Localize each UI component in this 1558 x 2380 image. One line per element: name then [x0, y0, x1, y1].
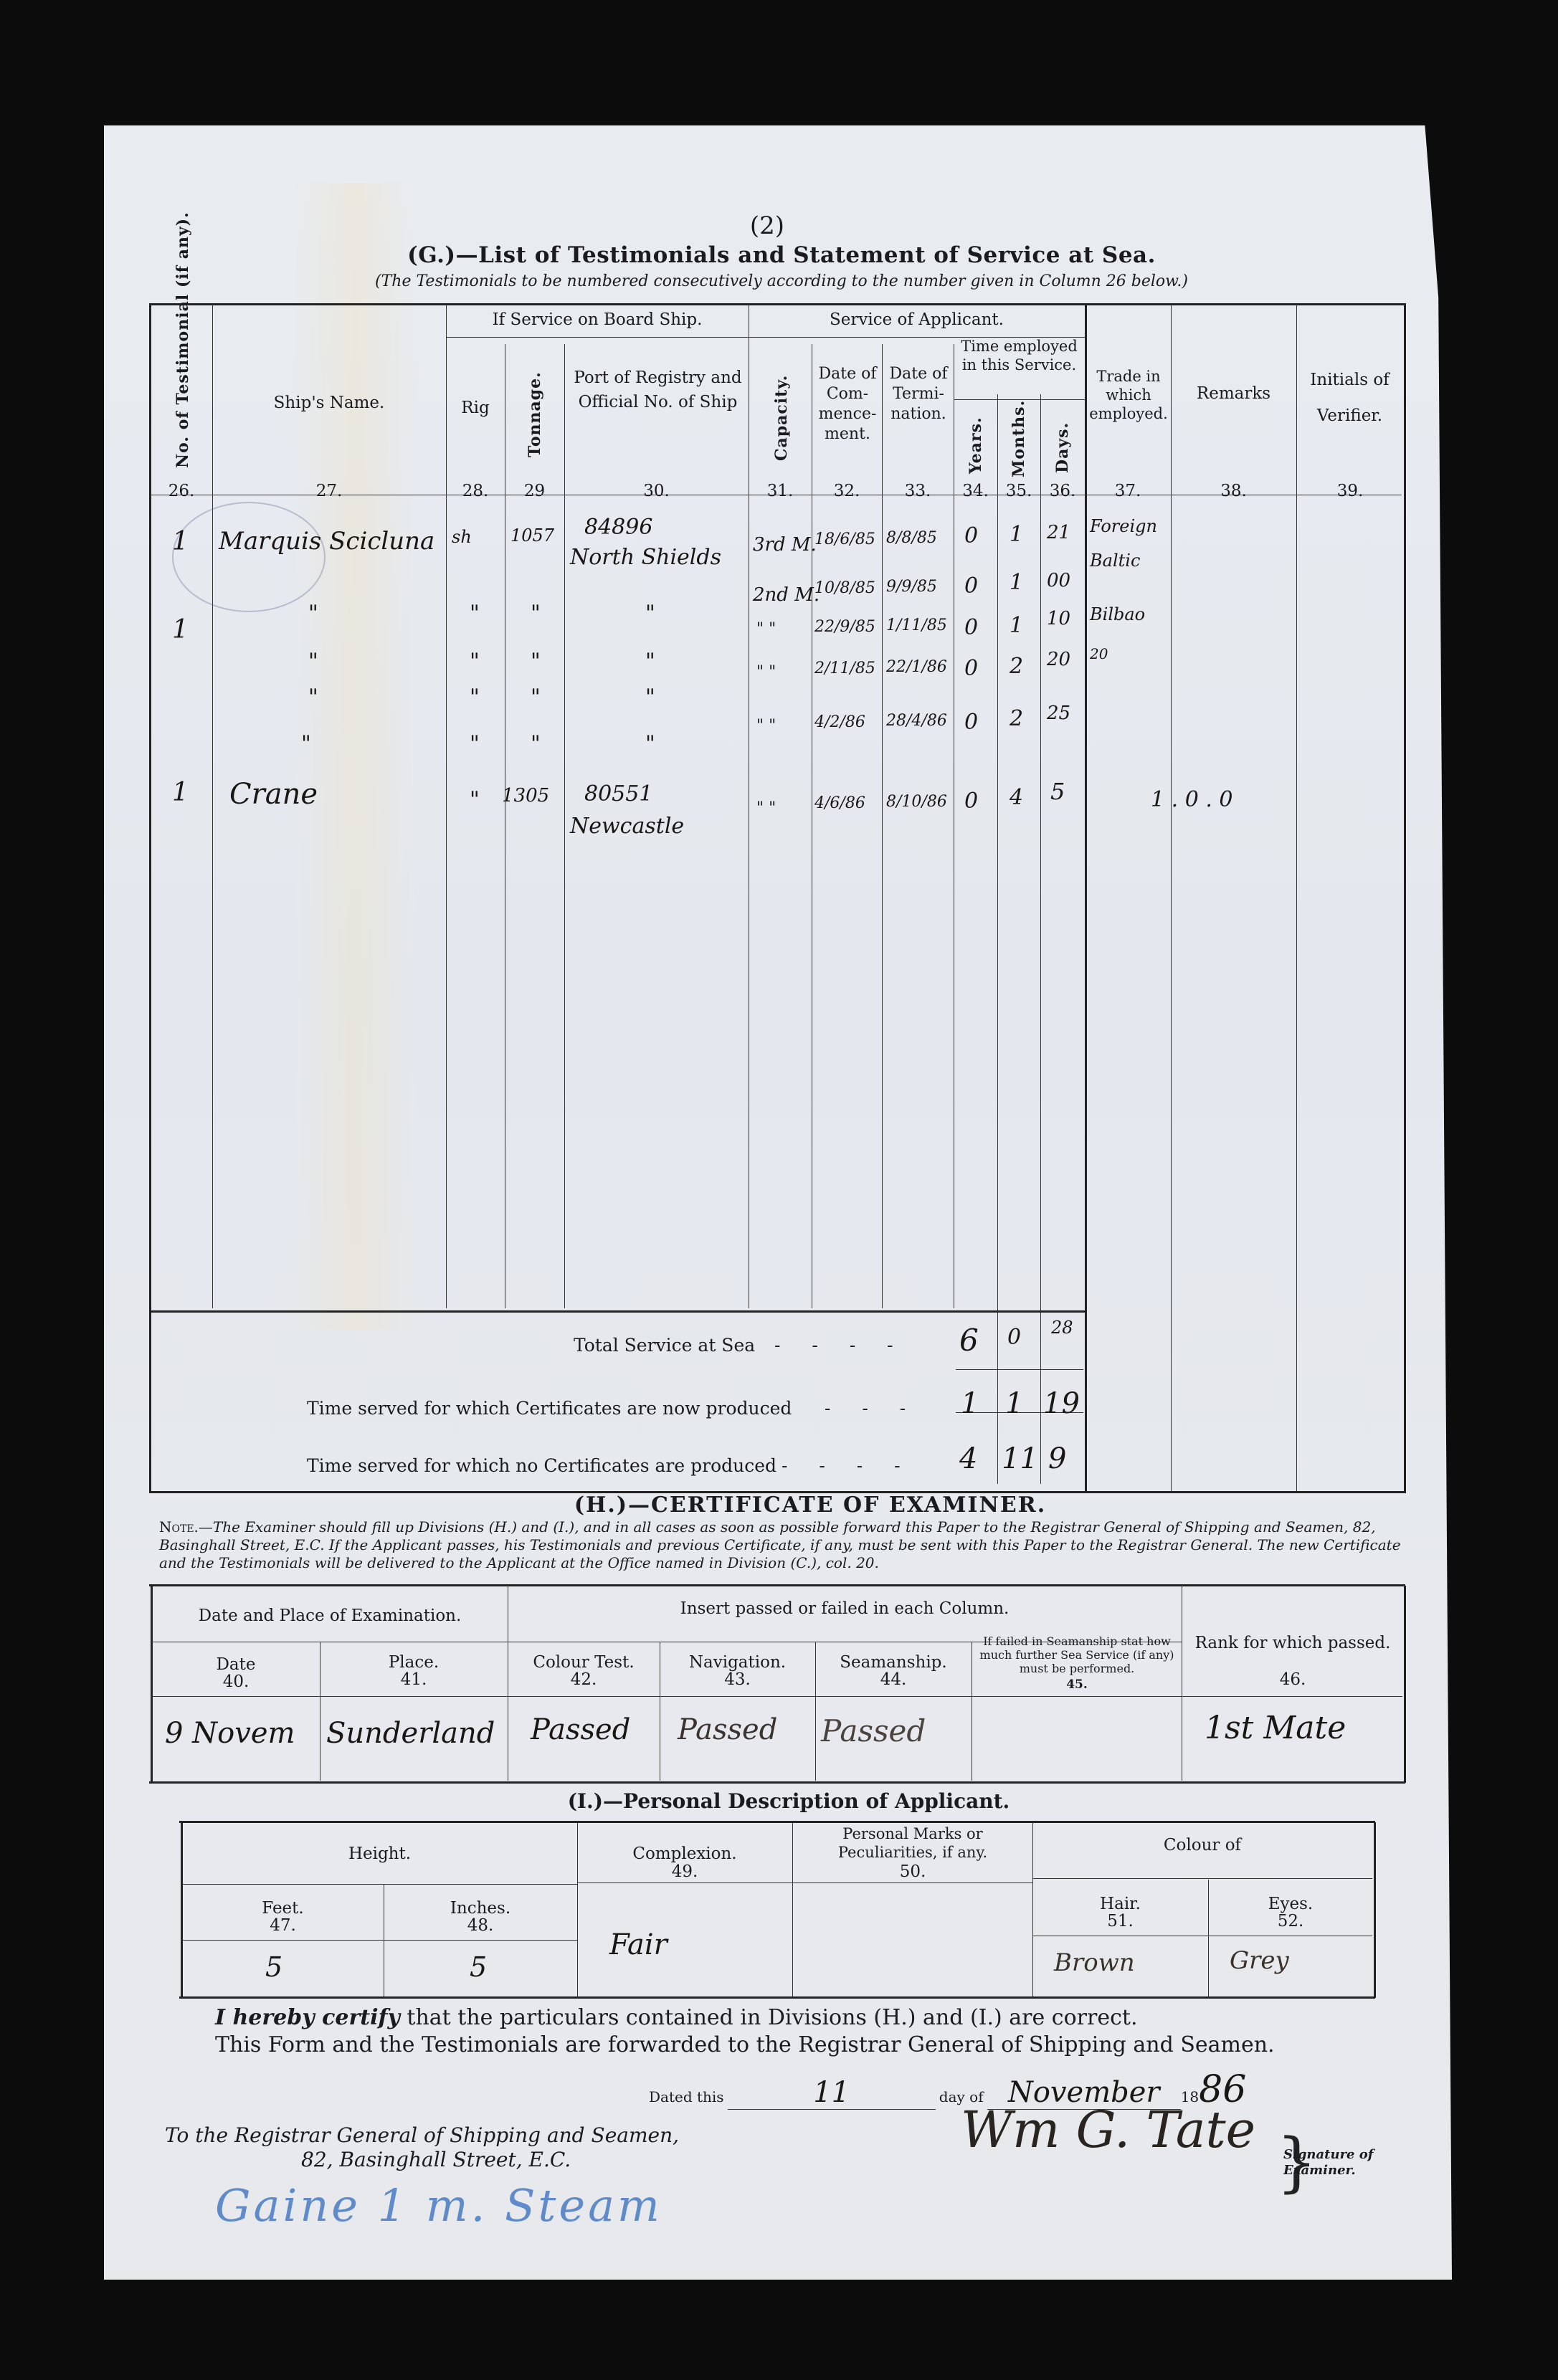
col-header-months: Months. [1010, 409, 1028, 477]
row-port: North Shields [570, 545, 721, 570]
row-months: 1 [1010, 522, 1023, 547]
row-official-no: 80551 [584, 781, 652, 806]
col-num-26: 26. [151, 482, 212, 500]
row-days: 21 [1047, 522, 1070, 543]
col-num-32: 32. [812, 482, 882, 500]
seamanship-num: 44. [815, 1670, 972, 1689]
row-trade: Bilbao [1090, 604, 1145, 624]
total-months: 0 [1007, 1325, 1021, 1350]
row-start: 4/6/86 [814, 794, 865, 812]
row-ship-name: " [301, 731, 311, 756]
colour-test-num: 42. [508, 1670, 660, 1689]
row-end: 9/9/85 [886, 578, 937, 596]
row-rig: " [470, 787, 480, 812]
col-num-30: 30. [564, 482, 749, 500]
row-years: 0 [964, 710, 978, 735]
navigation-header: Navigation. [660, 1652, 815, 1672]
row-trade: 20 [1090, 645, 1108, 662]
row-port: " [645, 731, 655, 756]
row-capacity: " " [756, 799, 776, 817]
col-num-38: 38. [1171, 482, 1296, 500]
row-capacity: 3rd M. [753, 534, 817, 556]
certified-days: 19 [1043, 1387, 1080, 1420]
hair-value: Brown [1054, 1948, 1135, 1977]
inches-header: Inches. [384, 1898, 577, 1918]
section-g-title: (G.)—List of Testimonials and Statement … [358, 242, 1205, 268]
row-tonnage: " [531, 685, 541, 710]
exam-place-num: 41. [320, 1670, 508, 1689]
dated-label: Dated this [649, 2088, 724, 2105]
further-service-header: If failed in Seamanship stat how much fu… [973, 1634, 1181, 1675]
colour-test-header: Colour Test. [508, 1652, 660, 1672]
complexion-num: 49. [577, 1862, 792, 1881]
registrar-line1: To the Registrar General of Shipping and… [165, 2123, 810, 2148]
uncertified-time-label: Time served for which no Certificates ar… [307, 1455, 776, 1476]
certified-time-label: Time served for which Certificates are n… [307, 1398, 792, 1419]
col-header-tonnage: Tonnage. [526, 371, 544, 457]
group-header-time: Time employed in this Service. [954, 337, 1085, 374]
height-group-header: Height. [182, 1844, 577, 1864]
row-years: 0 [964, 523, 978, 548]
col-num-33: 33. [882, 482, 954, 500]
row-capacity: " " [756, 663, 776, 681]
row-start: 4/2/86 [814, 713, 865, 731]
eyes-value: Grey [1230, 1946, 1289, 1975]
row-rig: sh [452, 527, 472, 547]
certified-months: 1 [1005, 1387, 1023, 1420]
inches-value: 5 [470, 1951, 487, 1983]
registrar-line2: 82, Basinghall Street, E.C. [165, 2148, 810, 2172]
row-months: 1 [1010, 570, 1023, 595]
seamanship-value: Passed [821, 1713, 926, 1748]
marks-num: 50. [794, 1862, 1031, 1881]
col-num-34: 34. [954, 482, 997, 500]
total-service-label: Total Service at Sea [574, 1335, 755, 1356]
rank-header: Rank for which passed. [1183, 1633, 1402, 1653]
row-days: 25 [1047, 703, 1070, 724]
examiner-signature: Wm G. Tate [961, 2100, 1255, 2159]
row-tonnage: " [531, 649, 541, 674]
uncertified-years: 4 [959, 1442, 977, 1475]
col-header-end: Date of Termi-nation. [883, 364, 954, 424]
row-capacity: 2nd M. [753, 584, 820, 606]
row-months: 2 [1010, 706, 1023, 731]
examiner-note: Note.—The Examiner should fill up Divisi… [159, 1518, 1407, 1572]
row-years: 0 [964, 789, 978, 814]
row-years: 0 [964, 573, 978, 599]
col-num-36: 36. [1040, 482, 1085, 500]
row-port: Newcastle [570, 814, 684, 839]
row-rig: " [470, 731, 480, 756]
certified-years: 1 [961, 1387, 979, 1420]
row-start: 10/8/85 [814, 579, 875, 597]
row-tonnage: " [531, 731, 541, 756]
row-end: 22/1/86 [886, 658, 947, 676]
feet-value: 5 [265, 1951, 282, 1983]
row-port: " [645, 601, 655, 626]
col-header-remarks: Remarks [1171, 384, 1296, 404]
eyes-num: 52. [1208, 1912, 1373, 1931]
row-remarks: 1 . 0 . 0 [1151, 787, 1232, 812]
row-start: 22/9/85 [814, 618, 875, 636]
row-end: 28/4/86 [886, 712, 947, 730]
col-header-port: Port of Registry and Official No. of Shi… [574, 366, 742, 414]
row-end: 8/8/85 [886, 529, 937, 547]
total-years: 6 [959, 1323, 979, 1358]
exam-place-header: Place. [320, 1652, 508, 1672]
row-days: 10 [1047, 608, 1070, 629]
col-num-28: 28. [446, 482, 505, 500]
row-ship-name: " [308, 649, 318, 674]
signature-label: Signature of Examiner. [1283, 2147, 1384, 2179]
uncertified-days: 9 [1048, 1442, 1066, 1475]
complexion-header: Complexion. [577, 1844, 792, 1864]
row-days: 5 [1050, 778, 1065, 805]
rank-num: 46. [1183, 1670, 1402, 1689]
row-testimonial: 1 [172, 778, 189, 807]
row-days: 20 [1047, 649, 1070, 670]
group-header-applicant: Service of Applicant. [749, 310, 1085, 330]
hair-num: 51. [1032, 1912, 1208, 1931]
col-header-rig: Rig [446, 398, 505, 418]
navigation-num: 43. [660, 1670, 815, 1689]
section-i-title: (I.)—Personal Description of Applicant. [531, 1789, 1047, 1813]
navigation-value: Passed [678, 1713, 777, 1746]
row-official-no: 84896 [584, 515, 652, 540]
insert-passed-group-header: Insert passed or failed in each Column. [508, 1599, 1182, 1619]
section-g-subtitle: (The Testimonials to be numbered consecu… [301, 272, 1262, 290]
note-label: Note. [159, 1518, 199, 1536]
col-header-verifier: Initials of Verifier. [1298, 362, 1402, 434]
row-end: 1/11/85 [886, 617, 947, 634]
exam-place-value: Sunderland [326, 1717, 495, 1750]
row-start: 18/6/85 [814, 530, 875, 548]
colour-test-value: Passed [531, 1713, 630, 1746]
row-years: 0 [964, 615, 978, 640]
col-header-testimonial: No. of Testimonial (if any). [174, 325, 192, 468]
row-tonnage: 1305 [502, 785, 549, 806]
section-h-title: (H.)—CERTIFICATE OF EXAMINER. [502, 1493, 1118, 1518]
row-trade: Foreign [1090, 516, 1157, 536]
col-num-35: 35. [997, 482, 1040, 500]
row-days: 00 [1047, 570, 1070, 591]
col-header-years: Years. [966, 412, 985, 474]
row-ship-name: " [308, 685, 318, 710]
row-capacity: " " [756, 717, 776, 735]
row-months: 2 [1010, 654, 1023, 679]
col-header-trade: Trade in which employed. [1086, 367, 1171, 423]
certify-line2: This Form and the Testimonials are forwa… [215, 2032, 1377, 2059]
rank-value: 1st Mate [1205, 1710, 1346, 1746]
total-days: 28 [1051, 1318, 1073, 1338]
row-capacity: " " [756, 620, 776, 638]
row-months: 1 [1010, 613, 1023, 638]
marks-header: Personal Marks or Peculiarities, if any. [794, 1824, 1031, 1862]
group-header-ship: If Service on Board Ship. [446, 310, 749, 330]
col-num-39: 39. [1296, 482, 1404, 500]
col-num-29: 29 [505, 482, 564, 500]
row-tonnage: 1057 [510, 525, 554, 546]
date-place-group-header: Date and Place of Examination. [152, 1606, 508, 1626]
row-rig: " [470, 649, 480, 674]
row-rig: " [470, 685, 480, 710]
certification-statement: I hereby certify that the particulars co… [215, 2004, 1377, 2059]
row-rig: " [470, 601, 480, 626]
inches-num: 48. [384, 1916, 577, 1935]
exam-date-value: 9 Novem [165, 1717, 295, 1750]
row-years: 0 [964, 656, 978, 681]
seamanship-header: Seamanship. [815, 1652, 972, 1672]
row-testimonial: 1 [172, 527, 189, 556]
row-trade: Baltic [1090, 551, 1140, 571]
col-header-days: Days. [1053, 413, 1072, 473]
row-months: 4 [1010, 785, 1023, 810]
registrar-address: To the Registrar General of Shipping and… [165, 2123, 810, 2172]
row-ship-name: " [308, 601, 318, 626]
feet-num: 47. [182, 1916, 384, 1935]
exam-date-header: Date [152, 1655, 320, 1675]
col-header-start: Date of Com-mence-ment. [813, 364, 882, 444]
hair-header: Hair. [1032, 1894, 1208, 1914]
feet-header: Feet. [182, 1898, 384, 1918]
row-start: 2/11/85 [814, 660, 875, 677]
complexion-value: Fair [609, 1928, 668, 1961]
certify-prefix: I hereby certify [215, 2005, 400, 2030]
note-text: —The Examiner should fill up Divisions (… [159, 1518, 1401, 1571]
exam-date-num: 40. [152, 1672, 320, 1691]
col-num-31: 31. [749, 482, 812, 500]
row-port: " [645, 685, 655, 710]
col-header-capacity: Capacity. [772, 375, 791, 461]
dated-day: 11 [813, 2076, 850, 2109]
certify-line1: that the particulars contained in Divisi… [400, 2005, 1138, 2030]
faded-stamp [172, 502, 326, 612]
eyes-header: Eyes. [1208, 1894, 1373, 1914]
row-ship-name: Marquis Scicluna [219, 527, 434, 556]
further-service-num: 45. [973, 1677, 1181, 1692]
row-end: 8/10/86 [886, 793, 947, 811]
page-number: (2) [717, 211, 817, 240]
pencil-annotation: Gaine 1 m. Steam [215, 2179, 662, 2232]
col-header-ship-name: Ship's Name. [212, 393, 446, 413]
row-testimonial: 1 [172, 615, 189, 644]
row-tonnage: " [531, 601, 541, 626]
col-num-27: 27. [212, 482, 446, 500]
row-ship-name: Crane [229, 778, 318, 811]
uncertified-months: 11 [1002, 1442, 1038, 1475]
colour-group-header: Colour of [1032, 1835, 1372, 1855]
col-num-37: 37. [1085, 482, 1171, 500]
row-port: " [645, 649, 655, 674]
